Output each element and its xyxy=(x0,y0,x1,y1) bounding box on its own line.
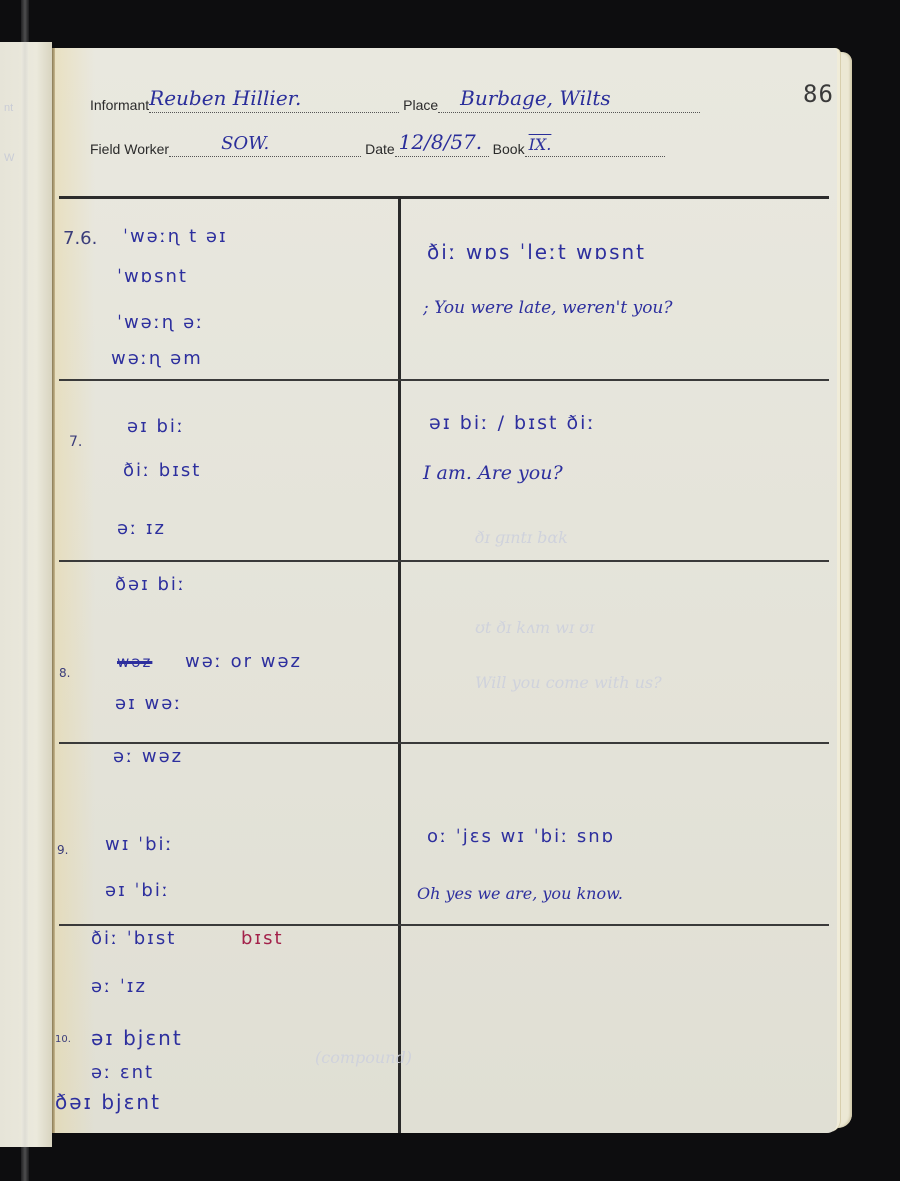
transcription-line: ðəɪ bjɛnt xyxy=(55,1090,161,1114)
notebook-page: 86 Informant Reuben Hillier. Place Burba… xyxy=(55,48,837,1133)
transcription-line: ðəɪ biː xyxy=(115,574,186,595)
row-divider xyxy=(59,379,829,381)
header-row-fieldworker: Field Worker SOW. Date 12/8/57. Book IX. xyxy=(90,134,669,157)
row-divider xyxy=(59,742,829,744)
transcription-line: ˈwɒsnt xyxy=(117,266,188,287)
bleed-through-text: Will you come with us? xyxy=(475,673,662,692)
item-number: 9. xyxy=(57,843,68,857)
response-transcription: oː ˈjɛs wɪ ˈbiː snɒ xyxy=(427,826,615,847)
response-gloss: I am. Are you? xyxy=(423,462,563,484)
column-divider xyxy=(398,196,401,1133)
bleed-through-text: (compound) xyxy=(315,1048,412,1067)
transcription-line: əː ˈɪz xyxy=(91,976,147,997)
previous-page-ghost-text: nt xyxy=(4,102,13,114)
struck-transcription: wəz xyxy=(117,653,152,671)
bleed-through-text: ðɪ ɡɪntɪ bɑk xyxy=(475,528,568,547)
place-label: Place xyxy=(403,97,438,113)
transcription-line: wəːɳ əm xyxy=(111,348,203,369)
correction-red-ink: bɪst xyxy=(241,928,284,949)
previous-page-ghost-text: W xyxy=(4,152,14,164)
transcription-line: wəː or wəz xyxy=(185,651,302,672)
date-label: Date xyxy=(365,141,395,157)
transcription-line: əː wəz xyxy=(113,746,183,767)
informant-label: Informant xyxy=(90,97,149,113)
field-worker-field: SOW. xyxy=(169,134,361,157)
transcription-line: əɪ wəː xyxy=(115,693,182,714)
book-field: IX. xyxy=(525,134,665,157)
transcription-line: ˈwəːɳ əː xyxy=(117,312,204,333)
transcription-line: əː ɛnt xyxy=(91,1062,154,1083)
item-number: 8. xyxy=(59,666,70,680)
header-row-informant: Informant Reuben Hillier. Place Burbage,… xyxy=(90,90,704,113)
item-number: 7.6. xyxy=(63,228,97,249)
transcription-line: əɪ bjɛnt xyxy=(91,1026,183,1050)
transcription-line: ðiː bɪst xyxy=(123,460,201,481)
informant-value: Reuben Hillier. xyxy=(149,86,301,110)
row-divider xyxy=(59,560,829,562)
transcription-line: ˈwəːɳ t əɪ xyxy=(123,226,228,247)
date-field: 12/8/57. xyxy=(395,134,489,157)
book-value: IX. xyxy=(529,135,552,154)
response-transcription: ðiː wɒs ˈleːt wɒsnt xyxy=(427,240,646,264)
response-gloss: Oh yes we are, you know. xyxy=(417,884,623,903)
row-divider xyxy=(59,924,829,926)
item-number: 10. xyxy=(55,1034,71,1045)
gutter-shade xyxy=(55,48,95,1133)
book-label: Book xyxy=(493,141,525,157)
place-field: Burbage, Wilts xyxy=(438,90,700,113)
glass-reflection xyxy=(21,0,29,1181)
bleed-through-text: ʊt ðɪ kʌm wɪ ʊɪ xyxy=(475,618,594,637)
transcription-line: əː ɪz xyxy=(117,518,166,539)
transcription-line: ðiː ˈbɪst xyxy=(91,928,176,949)
informant-field: Reuben Hillier. xyxy=(149,90,399,113)
transcription-line: əɪ ˈbiː xyxy=(105,880,170,901)
transcription-line: əɪ biː xyxy=(127,416,185,437)
item-number: 7. xyxy=(69,434,82,450)
field-worker-value: SOW. xyxy=(221,133,269,154)
table-top-rule xyxy=(59,196,829,199)
field-worker-label: Field Worker xyxy=(90,141,169,157)
response-gloss: ; You were late, weren't you? xyxy=(423,298,673,318)
date-value: 12/8/57. xyxy=(399,130,482,154)
book-gutter xyxy=(52,48,55,1133)
place-value: Burbage, Wilts xyxy=(460,86,611,110)
page-number: 86 xyxy=(803,80,834,108)
transcription-line: wɪ ˈbiː xyxy=(105,834,174,855)
response-transcription: əɪ biː / bɪst ðiː xyxy=(429,412,596,434)
